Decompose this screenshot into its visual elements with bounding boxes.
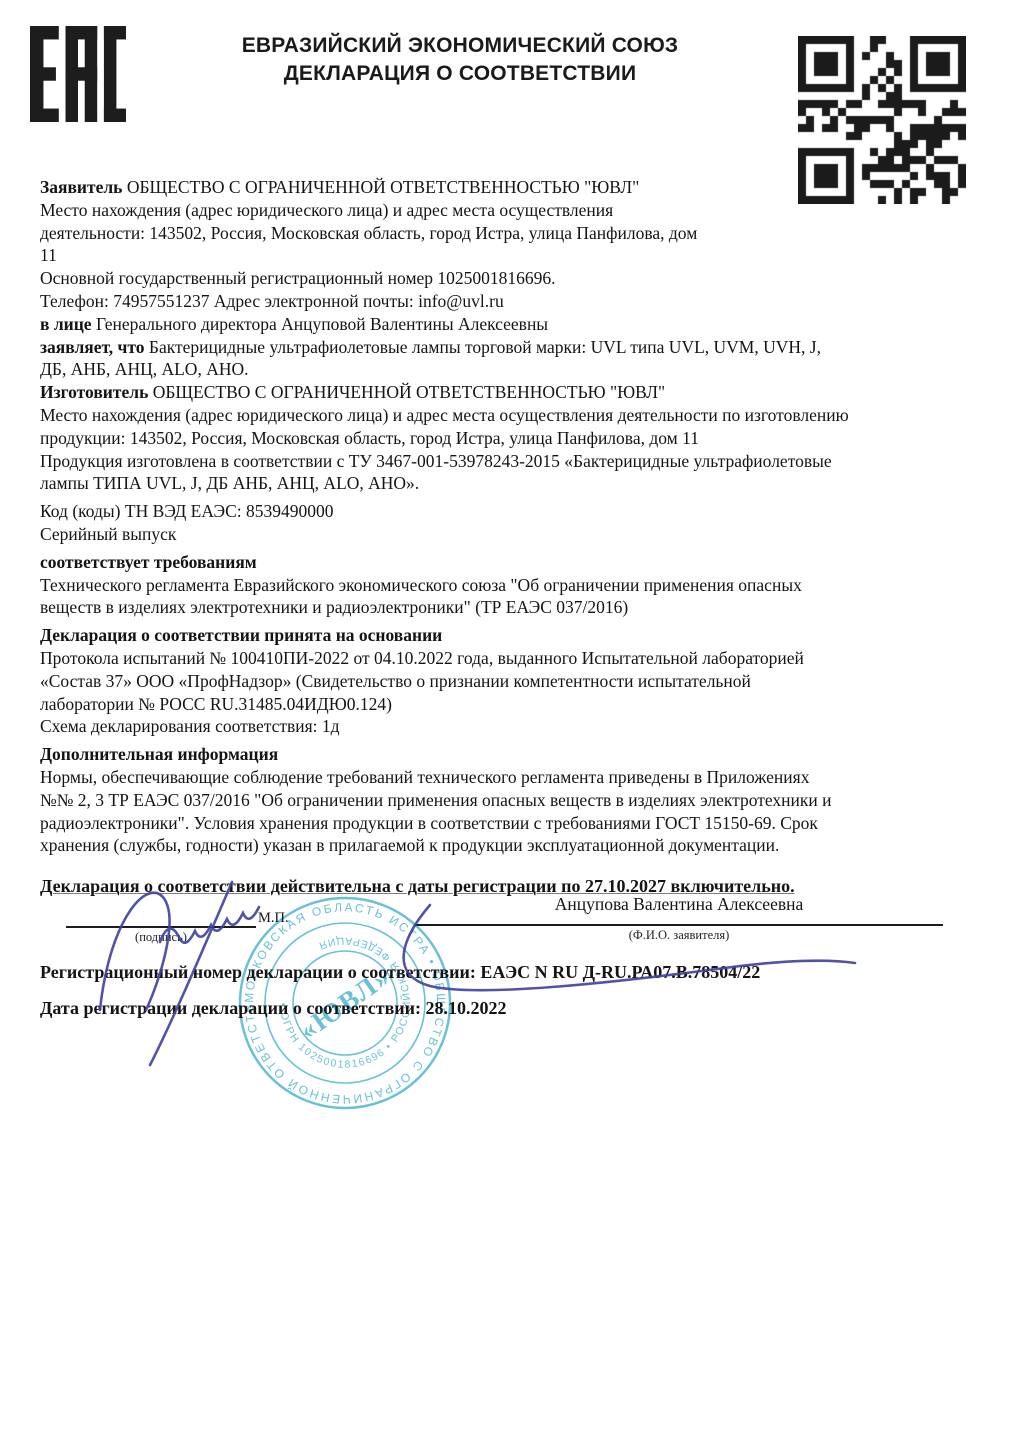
doc-line: Технического регламента Евразийского эко… bbox=[40, 574, 1000, 597]
document-body: Заявитель ОБЩЕСТВО С ОГРАНИЧЕННОЙ ОТВЕТС… bbox=[40, 176, 1000, 857]
doc-line: Заявитель ОБЩЕСТВО С ОГРАНИЧЕННОЙ ОТВЕТС… bbox=[40, 176, 1000, 199]
doc-line: Схема декларирования соответствия: 1д bbox=[40, 715, 1000, 738]
title-line-union: ЕВРАЗИЙСКИЙ ЭКОНОМИЧЕСКИЙ СОЮЗ bbox=[150, 32, 770, 60]
title-line-declaration: ДЕКЛАРАЦИЯ О СООТВЕТСТВИИ bbox=[150, 60, 770, 88]
doc-line: Основной государственный регистрационный… bbox=[40, 267, 1000, 290]
doc-line: Телефон: 74957551237 Адрес электронной п… bbox=[40, 290, 1000, 313]
doc-line: Декларация о соответствии принята на осн… bbox=[40, 624, 1000, 647]
doc-line: лаборатории № РОСС RU.31485.04ИДЮ0.124) bbox=[40, 693, 1000, 716]
doc-line: радиоэлектроники". Условия хранения прод… bbox=[40, 812, 1000, 835]
doc-line: Нормы, обеспечивающие соблюдение требова… bbox=[40, 766, 1000, 789]
doc-line: веществ в изделиях электротехники и ради… bbox=[40, 596, 1000, 619]
handwritten-signature bbox=[60, 860, 880, 1080]
doc-line: 11 bbox=[40, 244, 1000, 267]
doc-line: Дополнительная информация bbox=[40, 743, 1000, 766]
doc-line: лампы ТИПА UVL, J, ДБ АНБ, АНЦ, ALO, АНО… bbox=[40, 472, 1000, 495]
doc-line: Изготовитель ОБЩЕСТВО С ОГРАНИЧЕННОЙ ОТВ… bbox=[40, 381, 1000, 404]
doc-line: в лице Генерального директора Анцуповой … bbox=[40, 313, 1000, 336]
doc-line: Место нахождения (адрес юридического лиц… bbox=[40, 404, 1000, 427]
doc-line: хранения (службы, годности) указан в при… bbox=[40, 834, 1000, 857]
doc-line: заявляет, что Бактерицидные ультрафиолет… bbox=[40, 336, 1000, 359]
eac-mark-logo bbox=[30, 26, 126, 122]
doc-line: Код (коды) ТН ВЭД ЕАЭС: 8539490000 bbox=[40, 500, 1000, 523]
doc-line: Продукция изготовлена в соответствии с Т… bbox=[40, 450, 1000, 473]
declaration-document: ЕВРАЗИЙСКИЙ ЭКОНОМИЧЕСКИЙ СОЮЗ ДЕКЛАРАЦИ… bbox=[0, 0, 1024, 1446]
doc-line: продукции: 143502, Россия, Московская об… bbox=[40, 427, 1000, 450]
doc-line: деятельности: 143502, Россия, Московская… bbox=[40, 222, 1000, 245]
document-title: ЕВРАЗИЙСКИЙ ЭКОНОМИЧЕСКИЙ СОЮЗ ДЕКЛАРАЦИ… bbox=[150, 32, 770, 88]
doc-line: «Состав 37» ООО «ПрофНадзор» (Свидетельс… bbox=[40, 670, 1000, 693]
doc-line: Протокола испытаний № 100410ПИ-2022 от 0… bbox=[40, 647, 1000, 670]
doc-line: Серийный выпуск bbox=[40, 523, 1000, 546]
doc-line: соответствует требованиям bbox=[40, 551, 1000, 574]
doc-line: Место нахождения (адрес юридического лиц… bbox=[40, 199, 1000, 222]
doc-line: №№ 2, 3 ТР ЕАЭС 037/2016 "Об ограничении… bbox=[40, 789, 1000, 812]
doc-line: ДБ, АНБ, АНЦ, ALO, АНО. bbox=[40, 358, 1000, 381]
